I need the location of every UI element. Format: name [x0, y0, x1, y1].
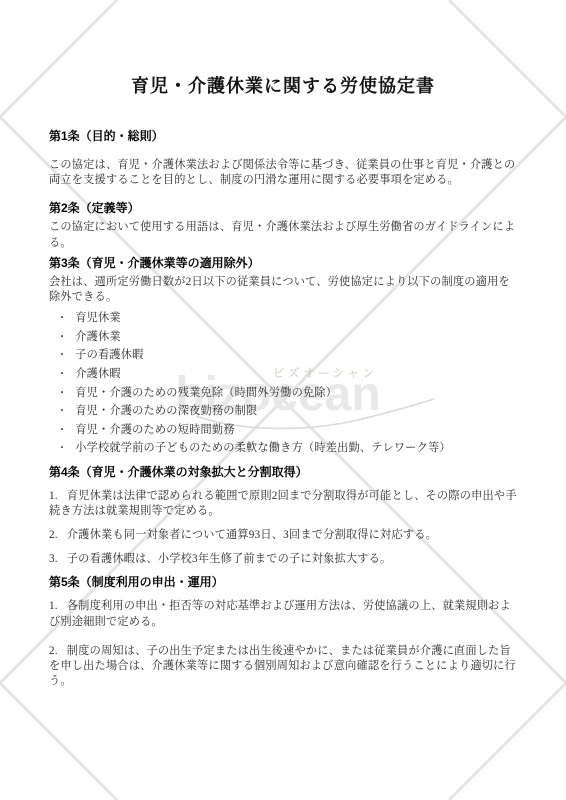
- paragraph-text: 各制度利用の申出・拒否等の対応基準および運用方法は、労使協議の上、就業規則および…: [49, 600, 511, 627]
- section-heading-article-4: 第4条（育児・介護休業の対象拡大と分割取得）: [49, 464, 517, 480]
- bullet-item-label: 育児休業: [75, 312, 121, 324]
- numbered-paragraph: 1.各制度利用の申出・拒否等の対応基準および運用方法は、労使協議の上、就業規則お…: [49, 599, 517, 629]
- paragraph-number: 1.: [49, 599, 58, 614]
- paragraph-text: 介護休業も同一対象者について通算93日、3回まで分割取得に対応する。: [67, 529, 437, 541]
- paragraph: 会社は、週所定労働日数が2日以下の従業員について、労使協定により以下の制度の適用…: [49, 275, 517, 305]
- document-page: ビズオーシャン bizocean 育児・介護休業に関する労使協定書 第1条（目的…: [0, 0, 566, 800]
- numbered-paragraph: 3.子の看護休暇は、小学校3年生修了前までの子に対象拡大する。: [49, 552, 517, 567]
- bullet-item: ・育児・介護のための残業免除（時間外労働の免除）: [57, 386, 517, 401]
- exclusion-bullet-list: ・育児休業 ・介護休業 ・子の看護休暇 ・介護休暇 ・育児・介護のための残業免除…: [49, 311, 517, 456]
- paragraph: この協定において使用する用語は、育児・介護休業法および厚生労働省のガイドラインに…: [49, 220, 517, 250]
- paragraph: この協定は、育児・介護休業法および関係法令等に基づき、従業員の仕事と育児・介護と…: [49, 158, 517, 188]
- section-heading-article-1: 第1条（目的・総則）: [49, 128, 517, 144]
- bullet-icon: ・: [57, 330, 67, 345]
- bullet-icon: ・: [57, 367, 67, 382]
- paragraph-text: 制度の周知は、子の出生予定または出生後速やかに、または従業員が介護に直面した旨を…: [49, 645, 516, 687]
- bullet-item: ・育児・介護のための短時間勤務: [57, 423, 517, 438]
- paragraph-number: 3.: [49, 552, 58, 567]
- bullet-icon: ・: [57, 311, 67, 326]
- bullet-item: ・育児・介護のための深夜勤務の制限: [57, 404, 517, 419]
- numbered-paragraph: 1.育児休業は法律で認められる範囲で原則2回まで分割取得が可能とし、その際の申出…: [49, 489, 517, 519]
- section-heading-article-2: 第2条（定義等）: [49, 200, 517, 216]
- bullet-icon: ・: [57, 423, 67, 438]
- numbered-paragraph: 2.制度の周知は、子の出生予定または出生後速やかに、または従業員が介護に直面した…: [49, 644, 517, 690]
- bullet-icon: ・: [57, 404, 67, 419]
- paragraph-text: 育児休業は法律で認められる範囲で原則2回まで分割取得が可能とし、その際の申出や手…: [49, 490, 517, 517]
- bullet-item-label: 育児・介護のための深夜勤務の制限: [75, 405, 257, 417]
- bullet-icon: ・: [57, 348, 67, 363]
- bullet-item-label: 育児・介護のための短時間勤務: [75, 424, 234, 436]
- paragraph-number: 2.: [49, 528, 58, 543]
- section-heading-article-3: 第3条（育児・介護休業等の適用除外）: [49, 255, 517, 271]
- paragraph-number: 1.: [49, 489, 58, 504]
- bullet-item-label: 介護休業: [75, 331, 121, 343]
- document-content: 育児・介護休業に関する労使協定書 第1条（目的・総則） この協定は、育児・介護休…: [0, 0, 566, 689]
- bullet-item-label: 育児・介護のための残業免除（時間外労働の免除）: [75, 387, 337, 399]
- section-heading-article-5: 第5条（制度利用の申出・運用）: [49, 574, 517, 590]
- bullet-item-label: 小学校就学前の子どものための柔軟な働き方（時差出勤、テレワーク等）: [75, 442, 451, 454]
- bullet-icon: ・: [57, 386, 67, 401]
- bullet-item-label: 介護休暇: [75, 368, 121, 380]
- bullet-item: ・小学校就学前の子どものための柔軟な働き方（時差出勤、テレワーク等）: [57, 441, 517, 456]
- bullet-item: ・介護休暇: [57, 367, 517, 382]
- bullet-item-label: 子の看護休暇: [75, 349, 143, 361]
- paragraph-number: 2.: [49, 644, 58, 659]
- numbered-paragraph: 2.介護休業も同一対象者について通算93日、3回まで分割取得に対応する。: [49, 528, 517, 543]
- bullet-item: ・育児休業: [57, 311, 517, 326]
- page-title: 育児・介護休業に関する労使協定書: [49, 73, 517, 99]
- bullet-item: ・介護休業: [57, 330, 517, 345]
- paragraph-text: 子の看護休暇は、小学校3年生修了前までの子に対象拡大する。: [67, 553, 392, 565]
- bullet-icon: ・: [57, 441, 67, 456]
- bullet-item: ・子の看護休暇: [57, 348, 517, 363]
